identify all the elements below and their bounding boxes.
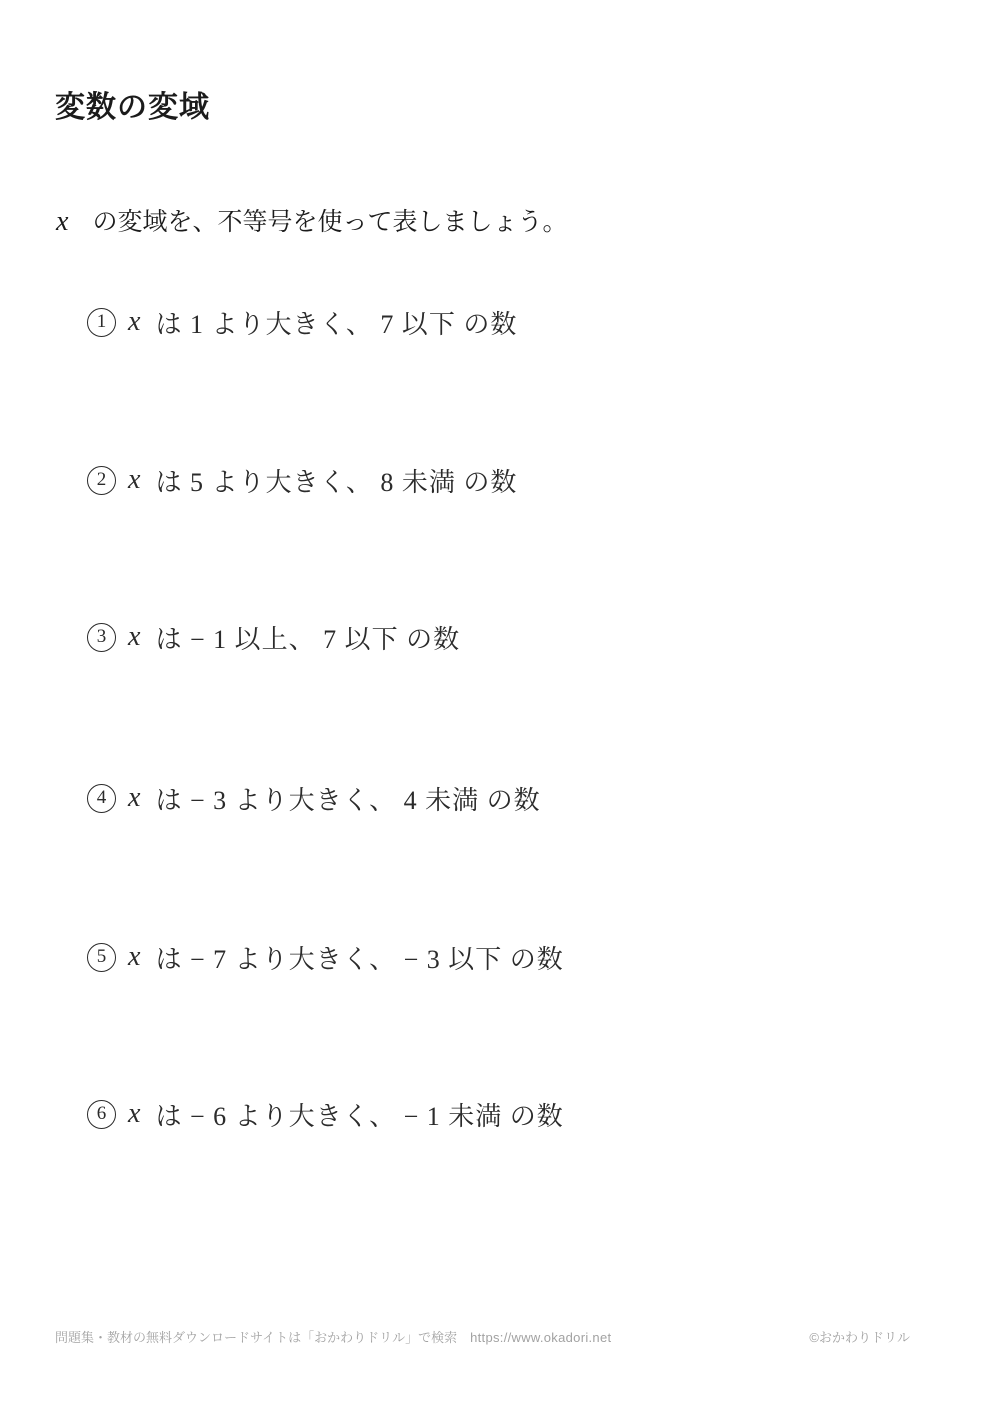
question-number-badge: 6 xyxy=(87,1100,116,1129)
question-row-6: 6 x は − 6 より大きく、 − 1 未満 の数 xyxy=(87,1096,564,1132)
question-number-badge: 5 xyxy=(87,943,116,972)
footer-copyright: ©おかわりドリル xyxy=(809,1328,910,1348)
question-text: は − 7 より大きく、 − 3 以下 の数 xyxy=(155,939,563,976)
footer-url: https://www.okadori.net xyxy=(470,1328,611,1348)
variable-x: x xyxy=(128,941,141,973)
instruction-text: の変域を、不等号を使って表しましょう。 xyxy=(92,205,567,239)
question-row-3: 3 x は − 1 以上、 7 以下 の数 xyxy=(87,619,460,655)
variable-x: x xyxy=(128,782,141,814)
question-number-badge: 2 xyxy=(87,466,116,495)
question-text: は − 1 以上、 7 以下 の数 xyxy=(155,619,460,656)
variable-x: x xyxy=(56,205,68,239)
question-text: は − 6 より大きく、 − 1 未満 の数 xyxy=(155,1096,563,1133)
variable-x: x xyxy=(128,464,141,496)
question-text: は − 3 より大きく、 4 未満 の数 xyxy=(155,780,540,817)
variable-x: x xyxy=(128,306,141,338)
question-row-5: 5 x は − 7 より大きく、 − 3 以下 の数 xyxy=(87,939,564,975)
question-number-badge: 3 xyxy=(87,623,116,652)
variable-x: x xyxy=(128,1098,141,1130)
question-row-2: 2 x は 5 より大きく、 8 未満 の数 xyxy=(87,462,517,498)
question-number-badge: 4 xyxy=(87,784,116,813)
question-number-badge: 1 xyxy=(87,308,116,337)
variable-x: x xyxy=(128,621,141,653)
page-title: 変数の変域 xyxy=(55,82,210,126)
footer-search-hint: 問題集・教材の無料ダウンロードサイトは「おかわりドリル」で検索 xyxy=(55,1328,457,1348)
instruction-line: x の変域を、不等号を使って表しましょう。 xyxy=(56,205,567,239)
question-row-1: 1 x は 1 より大きく、 7 以下 の数 xyxy=(87,304,517,340)
footer-site-info: 問題集・教材の無料ダウンロードサイトは「おかわりドリル」で検索 https://… xyxy=(55,1328,611,1348)
question-text: は 5 より大きく、 8 未満 の数 xyxy=(155,462,517,499)
question-row-4: 4 x は − 3 より大きく、 4 未満 の数 xyxy=(87,780,541,816)
question-text: は 1 より大きく、 7 以下 の数 xyxy=(155,304,517,341)
